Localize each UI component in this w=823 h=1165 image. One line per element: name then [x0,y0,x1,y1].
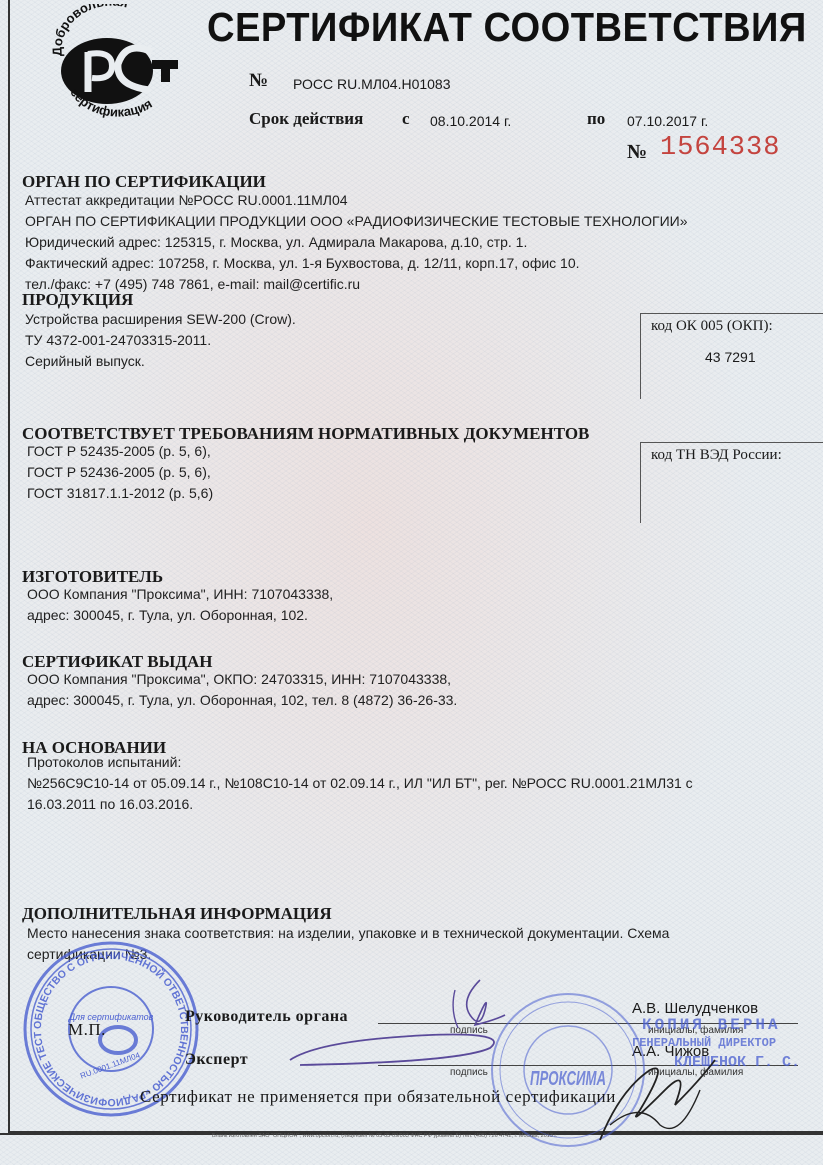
tnved-code-box: код ТН ВЭД России: [640,442,823,523]
body-name-line: ОРГАН ПО СЕРТИФИКАЦИИ ПРОДУКЦИИ ООО «РАД… [25,211,688,232]
okp-code-value: 43 7291 [705,349,756,365]
product-block: Устройства расширения SEW-200 (Crow). ТУ… [25,309,296,372]
blank-serial-number: 1564338 [660,133,780,163]
blank-number-label: № [627,141,647,164]
seal-place-label: М.П. [68,1020,106,1040]
rst-voluntary-certification-logo: Добровольная сертификация [40,4,180,126]
basis-line: 16.03.2011 по 16.03.2016. [27,794,693,815]
voluntary-only-note: Сертификат не применяется при обязательн… [140,1087,616,1107]
manufacturer-name-line: ООО Компания "Проксима", ИНН: 7107043338… [27,584,333,605]
product-name-line: Устройства расширения SEW-200 (Crow). [25,309,296,330]
okp-code-label: код ОК 005 (ОКП): [651,318,773,335]
issued-to-name-line: ООО Компания "Проксима", ОКПО: 24703315,… [27,669,457,690]
manufacturer-address-line: адрес: 300045, г. Тула, ул. Оборонная, 1… [27,605,333,626]
validity-label: Срок действия [249,109,363,129]
basis-block: Протоколов испытаний: №256С9С10-14 от 05… [27,752,693,815]
product-release-line: Серийный выпуск. [25,351,296,372]
certificate-number-label: № [249,70,268,92]
expert-label: Эксперт [185,1051,248,1069]
printer-imprint: Бланк изготовлен ЗАО "ОПЦИОН", www.opcio… [212,1133,557,1139]
basis-line: Протоколов испытаний: [27,752,693,773]
additional-info-heading: ДОПОЛНИТЕЛЬНАЯ ИНФОРМАЦИЯ [22,904,332,924]
valid-to-date: 07.10.2017 г. [627,113,708,129]
certification-body-block: Аттестат аккредитации №РОСС RU.0001.11МЛ… [25,190,688,295]
valid-to-label: по [587,109,605,129]
standard-line: ГОСТ Р 52435-2005 (р. 5, 6), [27,441,213,462]
certificate-number: РОСС RU.МЛ04.Н01083 [293,76,451,92]
issued-to-block: ООО Компания "Проксима", ОКПО: 24703315,… [27,669,457,711]
valid-from-label: с [402,109,410,129]
accreditation-line: Аттестат аккредитации №РОСС RU.0001.11МЛ… [25,190,688,211]
svg-text:ОБЩЕСТВО С ОГРАНИЧЕННОЙ ОТВЕТС: ОБЩЕСТВО С ОГРАНИЧЕННОЙ ОТВЕТСТВЕННОСТЬЮ… [22,940,190,1108]
okp-code-box: код ОК 005 (ОКП): 43 7291 [640,313,823,399]
head-signature-scribble [280,970,520,1080]
standard-line: ГОСТ 31817.1.1-2012 (р. 5,6) [27,483,213,504]
certification-body-heading: ОРГАН ПО СЕРТИФИКАЦИИ [22,172,266,192]
conformity-block: ГОСТ Р 52435-2005 (р. 5, 6), ГОСТ Р 5243… [27,441,213,504]
standard-line: ГОСТ Р 52436-2005 (р. 5, 6), [27,462,213,483]
tnved-code-label: код ТН ВЭД России: [651,447,782,464]
document-title: СЕРТИФИКАТ СООТВЕТСТВИЯ [207,4,807,51]
basis-line: №256С9С10-14 от 05.09.14 г., №108С10-14 … [27,773,693,794]
issued-to-address-line: адрес: 300045, г. Тула, ул. Оборонная, 1… [27,690,457,711]
product-spec-line: ТУ 4372-001-24703315-2011. [25,330,296,351]
head-name: А.В. Шелудченков [632,1000,758,1017]
manufacturer-block: ООО Компания "Проксима", ИНН: 7107043338… [27,584,333,626]
legal-address-line: Юридический адрес: 125315, г. Москва, ул… [25,232,688,253]
actual-address-line: Фактический адрес: 107258, г. Москва, ул… [25,253,688,274]
product-heading: ПРОДУКЦИЯ [22,290,133,310]
valid-from-date: 08.10.2014 г. [430,113,511,129]
